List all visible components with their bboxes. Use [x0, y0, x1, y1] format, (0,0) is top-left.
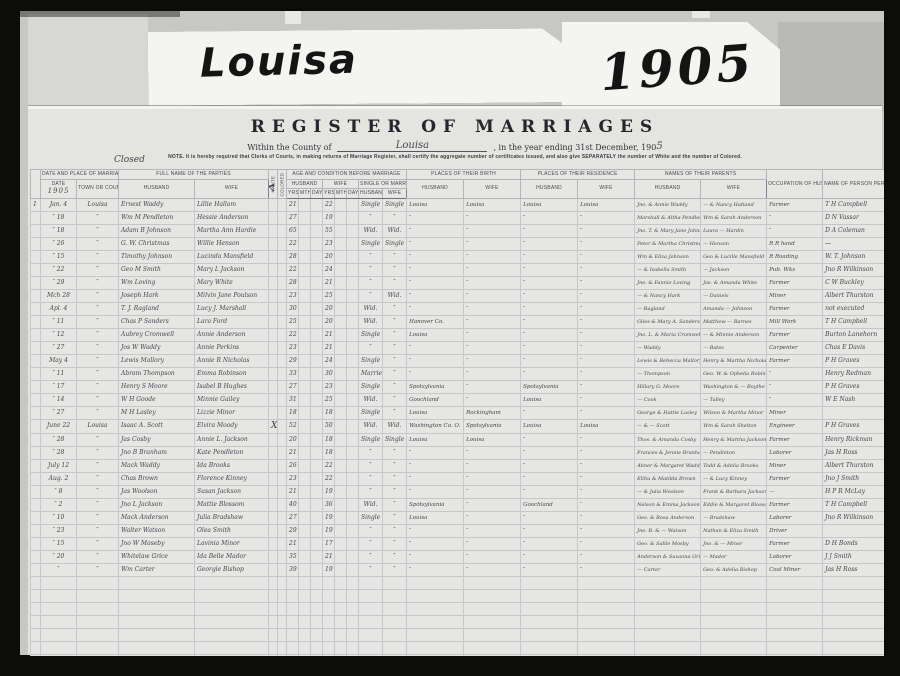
cell-rh: ″ [521, 276, 578, 289]
scan-smudge [20, 11, 180, 17]
cell-mw [269, 276, 278, 289]
table-row: May 4″Lewis MalloryAnnie R Nicholas2924S… [31, 354, 900, 367]
cell-date: ″ 29 [41, 276, 77, 289]
cell-occ: Mill Work [767, 315, 823, 328]
cell-husband: Abram Thompson [119, 367, 195, 380]
table-row: ″ 26″G. W. ChristmasWillie Henson2223Sin… [31, 237, 900, 250]
cell-rw: Louisa [578, 419, 635, 433]
cell-rh: ″ [521, 446, 578, 459]
cell-mw [269, 393, 278, 406]
cell-no [31, 224, 41, 237]
cell-hm [299, 602, 311, 615]
cell-town: ″ [77, 250, 119, 263]
table-row: ″ 8″Jas WoolsonSusan Jackson2119″″″″″″— … [31, 485, 900, 498]
cell-rw [578, 576, 635, 589]
cell-hc: Single [359, 433, 383, 446]
cell-mw [269, 641, 278, 654]
cell-hd [311, 224, 323, 237]
cell-wd [347, 354, 359, 367]
cell-mw [269, 341, 278, 354]
cell-wd [347, 224, 359, 237]
cell-bh: ″ [407, 563, 464, 576]
cell-wd [347, 589, 359, 602]
cell-bh: ″ [407, 446, 464, 459]
cell-hc: Wid. [359, 224, 383, 237]
cell-no [31, 328, 41, 341]
cell-wd [347, 576, 359, 589]
cell-wm [335, 289, 347, 302]
cell-rw: ″ [578, 472, 635, 485]
cell-wc: ″ [383, 354, 407, 367]
cell-wy: 17 [323, 537, 335, 550]
cell-wm [335, 315, 347, 328]
cell-rh: ″ [521, 406, 578, 419]
cell-husband: Chas P Sanders [119, 315, 195, 328]
cell-husband [119, 602, 195, 615]
cell-bh: ″ [407, 367, 464, 380]
cell-rw: ″ [578, 276, 635, 289]
cell-rw: ″ [578, 563, 635, 576]
cell-wd [347, 472, 359, 485]
cell-town: ″ [77, 446, 119, 459]
cell-hy [287, 641, 299, 654]
cell-hm [299, 341, 311, 354]
cell-date: ″ 22 [41, 263, 77, 276]
cell-wife: Lizzie Minor [195, 406, 269, 419]
cell-ph: — & Nancy Hark [635, 289, 701, 302]
cell-hy: 28 [287, 276, 299, 289]
cell-husband: Joseph Hark [119, 289, 195, 302]
cell-wd [347, 302, 359, 315]
cell-hm [299, 198, 311, 211]
corner-paper-shade [778, 22, 884, 112]
table-row: ″ 11″Abram ThompsonEmma Robinson3330Marr… [31, 367, 900, 380]
cell-hm [299, 406, 311, 419]
cell-wd [347, 537, 359, 550]
cell-hy: 28 [287, 250, 299, 263]
table-row: ″ 18″Wm M PendletonHessie Anderson2719″″… [31, 211, 900, 224]
subheader-w-mths: Mths [335, 189, 347, 199]
cell-hd [311, 250, 323, 263]
cell-husband: Timothy Johnson [119, 250, 195, 263]
cell-ph: Peter & Martha Christmas [635, 237, 701, 250]
cell-hc: ″ [359, 341, 383, 354]
cell-husband: Wm Loving [119, 276, 195, 289]
cell-mw [269, 406, 278, 419]
cell-wife: Mattie Blossom [195, 498, 269, 511]
cell-ph: Jno. L. & Maria Cromwell [635, 328, 701, 341]
cell-rw: ″ [578, 328, 635, 341]
cell-bw: ″ [464, 498, 521, 511]
cell-pw: Geo. & Adelia Bishop [701, 563, 767, 576]
cell-mw [269, 433, 278, 446]
cell-mc [278, 237, 287, 250]
cell-mw [269, 380, 278, 393]
cell-wd [347, 328, 359, 341]
cell-ph [635, 615, 701, 628]
cell-occ: — [767, 485, 823, 498]
cell-hy: 21 [287, 198, 299, 211]
cell-rh: ″ [521, 472, 578, 485]
cell-town: ″ [77, 485, 119, 498]
cell-bw: ″ [464, 302, 521, 315]
cell-mw [269, 224, 278, 237]
cell-date [41, 576, 77, 589]
cell-hy: 39 [287, 563, 299, 576]
cell-pw: Washington & — Boythe [701, 380, 767, 393]
table-row: ″ 29″Wm LovingMary White2821″″″″″″Jno. &… [31, 276, 900, 289]
cell-occ: R R hand [767, 237, 823, 250]
cell-bh: ″ [407, 237, 464, 250]
cell-husband: Jas Cosby [119, 433, 195, 446]
cell-date: ″ 28 [41, 446, 77, 459]
cell-rh: ″ [521, 537, 578, 550]
cell-husband [119, 589, 195, 602]
subheader-husband-age: Husband [287, 179, 323, 189]
cell-hd [311, 341, 323, 354]
cell-hm [299, 576, 311, 589]
cell-bh: Louisa [407, 406, 464, 419]
cell-date: ″ 27 [41, 341, 77, 354]
cell-occ: Driver [767, 524, 823, 537]
cell-mc [278, 393, 287, 406]
cell-bh: ″ [407, 524, 464, 537]
cell-wy: 19 [323, 511, 335, 524]
cell-ph: — & Isabella Smith [635, 263, 701, 276]
cell-bh: Goochland [407, 393, 464, 406]
cell-wm [335, 628, 347, 641]
cell-no [31, 276, 41, 289]
cell-wc: ″ [383, 446, 407, 459]
cell-hy: 25 [287, 315, 299, 328]
cell-hd [311, 406, 323, 419]
cell-occ: Miner [767, 406, 823, 419]
cell-town: ″ [77, 550, 119, 563]
cell-mc [278, 302, 287, 315]
cell-wm [335, 589, 347, 602]
cell-bh: ″ [407, 354, 464, 367]
cell-wd [347, 406, 359, 419]
cell-mc [278, 563, 287, 576]
cell-bw: ″ [464, 446, 521, 459]
cell-no [31, 263, 41, 276]
cell-ph: — Cook [635, 393, 701, 406]
cell-hd [311, 524, 323, 537]
cell-mw [269, 602, 278, 615]
cell-wy: 19 [323, 211, 335, 224]
cell-ph: Thos. & Amanda Cosby [635, 433, 701, 446]
group-parents: Names of Their Parents [635, 170, 767, 180]
cell-wc: ″ [383, 511, 407, 524]
cell-occ: R Roading [767, 250, 823, 263]
cell-mc [278, 380, 287, 393]
cell-ph: Geo. & Sallie Mosby [635, 537, 701, 550]
register-sheet: REGISTER OF MARRIAGES Within the County … [28, 106, 882, 655]
cell-wy: 23 [323, 237, 335, 250]
cell-husband: W H Goode [119, 393, 195, 406]
cell-wc: ″ [383, 393, 407, 406]
cell-no [31, 341, 41, 354]
cell-husband: Ernest Waddy [119, 198, 195, 211]
cell-bh: ″ [407, 550, 464, 563]
cell-mw [269, 315, 278, 328]
cell-rw: ″ [578, 250, 635, 263]
cell-rw: ″ [578, 315, 635, 328]
cell-wc: Single [383, 198, 407, 211]
cell-ph: Frances & Jennie Branham [635, 446, 701, 459]
cell-hd [311, 459, 323, 472]
cell-wd [347, 263, 359, 276]
cell-rw: ″ [578, 224, 635, 237]
cell-ph: — Carter [635, 563, 701, 576]
cell-wy: 21 [323, 276, 335, 289]
cell-wy: 20 [323, 250, 335, 263]
cell-pw: Matthew — Barnes [701, 315, 767, 328]
cell-wife: Milvin Jane Poulson [195, 289, 269, 302]
cell-wife: Annie Perkins [195, 341, 269, 354]
scan-border-bottom [0, 656, 900, 676]
cell-mc [278, 328, 287, 341]
cell-date: ″ 12 [41, 328, 77, 341]
cell-hm [299, 419, 311, 433]
cell-wc: ″ [383, 276, 407, 289]
cell-mc [278, 589, 287, 602]
cell-hy [287, 615, 299, 628]
cell-hy: 27 [287, 511, 299, 524]
cell-pw: Geo & Lucille Mansfield [701, 250, 767, 263]
cell-bh: Louisa [407, 198, 464, 211]
cell-wy: 19 [323, 524, 335, 537]
cell-husband: Wm M Pendleton [119, 211, 195, 224]
cell-pw [701, 628, 767, 641]
cell-hm [299, 628, 311, 641]
header-x-mark: X [269, 181, 278, 193]
cell-hy: 22 [287, 263, 299, 276]
cell-ph: Jno. B. & — Watson [635, 524, 701, 537]
cell-hy: 35 [287, 550, 299, 563]
cell-wy: 30 [323, 367, 335, 380]
cell-occ: ″ [767, 211, 823, 224]
cell-no [31, 511, 41, 524]
cell-wm [335, 354, 347, 367]
cell-rw: ″ [578, 237, 635, 250]
cell-occ: Laborer [767, 550, 823, 563]
cell-bw: Louisa [464, 198, 521, 211]
cell-hy: 21 [287, 537, 299, 550]
table-row: ″ 20″Whitelaw GriceIda Belle Mador3521″″… [31, 550, 900, 563]
page-title: REGISTER OF MARRIAGES [28, 117, 882, 137]
cell-hm [299, 250, 311, 263]
cell-hd [311, 498, 323, 511]
cell-occ: Coal Miner [767, 563, 823, 576]
cell-rw: ″ [578, 289, 635, 302]
cell-wy [323, 615, 335, 628]
cell-rh [521, 576, 578, 589]
cell-hd [311, 641, 323, 654]
cell-bw: ″ [464, 563, 521, 576]
year-in-date-column: 1905 [42, 187, 75, 196]
cell-pw: Jas. & Amanda White [701, 276, 767, 289]
cell-wc: ″ [383, 485, 407, 498]
cell-wc: ″ [383, 341, 407, 354]
cell-bh: ″ [407, 302, 464, 315]
cell-hm [299, 237, 311, 250]
cell-hd [311, 446, 323, 459]
cell-bw: ″ [464, 224, 521, 237]
cell-husband: Mack Waddy [119, 459, 195, 472]
cell-town: ″ [77, 459, 119, 472]
cell-bw: ″ [464, 263, 521, 276]
cell-date: ″ 15 [41, 250, 77, 263]
cell-rh: ″ [521, 224, 578, 237]
cell-mc [278, 289, 287, 302]
cell-no [31, 498, 41, 511]
cell-wd [347, 198, 359, 211]
cell-mw [269, 615, 278, 628]
cell-hy: 29 [287, 524, 299, 537]
cell-pw [701, 589, 767, 602]
cell-rh: ″ [521, 250, 578, 263]
cell-hd [311, 537, 323, 550]
cell-hc [359, 576, 383, 589]
cell-rw: ″ [578, 485, 635, 498]
cell-wc: ″ [383, 459, 407, 472]
cell-date: ″ 15 [41, 537, 77, 550]
cell-rw [578, 589, 635, 602]
cell-bw: ″ [464, 289, 521, 302]
scan-border-right [884, 0, 900, 676]
cell-mc [278, 602, 287, 615]
cell-town: ″ [77, 511, 119, 524]
year-digit-handwritten: 5 [656, 141, 662, 152]
cell-wy: 23 [323, 380, 335, 393]
cell-hc: Married [359, 367, 383, 380]
cell-mw [269, 498, 278, 511]
cell-wy: 50 [323, 419, 335, 433]
cell-bh: Spotsylvania [407, 498, 464, 511]
cell-mw: X [269, 419, 278, 433]
register-rows: 1Jan. 4LouisaErnest WaddyLillie Hallam21… [31, 198, 900, 676]
cell-hm [299, 380, 311, 393]
subtitle-line: Within the County of Louisa , in the yea… [28, 140, 882, 152]
table-row: June 22LouisaIsaac A. ScottElvira MoodyX… [31, 419, 900, 433]
cell-wd [347, 641, 359, 654]
table-row: ″ 15″Jno W MosebyLavinia Minor2117″″″″″″… [31, 537, 900, 550]
cell-town: ″ [77, 498, 119, 511]
cell-wm [335, 380, 347, 393]
cell-mc [278, 250, 287, 263]
cell-occ: Farmer [767, 354, 823, 367]
note-line: NOTE. It is hereby required that Clerks … [28, 154, 882, 160]
cell-hd [311, 602, 323, 615]
cell-wife: Julia Bradshaw [195, 511, 269, 524]
cell-rh: ″ [521, 263, 578, 276]
subheader-sm-wife: Wife [383, 189, 407, 199]
cell-no [31, 433, 41, 446]
cell-bh [407, 576, 464, 589]
cell-wife: Mary L Jackson [195, 263, 269, 276]
cell-hd [311, 315, 323, 328]
cell-wd [347, 459, 359, 472]
cell-wy: 21 [323, 341, 335, 354]
cell-bw [464, 602, 521, 615]
cell-bw: ″ [464, 511, 521, 524]
cell-rw: ″ [578, 393, 635, 406]
cell-pw: Henry & Martha Jackson [701, 433, 767, 446]
cell-wife: Emma Robinson [195, 367, 269, 380]
cell-hy: 21 [287, 446, 299, 459]
cell-pw [701, 576, 767, 589]
cell-hy [287, 589, 299, 602]
table-row: ″ 27″M H LasleyLizzie Minor1818Single″Lo… [31, 406, 900, 419]
cell-wc: Single [383, 433, 407, 446]
subheader-h-yrs: Yrs [287, 189, 299, 199]
cell-rh: ″ [521, 302, 578, 315]
cell-hd [311, 615, 323, 628]
cell-wm [335, 263, 347, 276]
cell-bw: ″ [464, 537, 521, 550]
cell-ph: — Ragland [635, 302, 701, 315]
cell-bw [464, 641, 521, 654]
county-label-handwriting: Louisa [199, 37, 358, 87]
cell-wd [347, 550, 359, 563]
cell-husband: Chas Brown [119, 472, 195, 485]
cell-hd [311, 237, 323, 250]
cell-wm [335, 302, 347, 315]
cell-rh: ″ [521, 315, 578, 328]
cell-wm [335, 537, 347, 550]
cell-hc: Single [359, 380, 383, 393]
scanned-register-page: Louisa 1905 REGISTER OF MARRIAGES Within… [0, 0, 900, 676]
cell-wy: 20 [323, 302, 335, 315]
cell-rh [521, 602, 578, 615]
cell-bh: ″ [407, 459, 464, 472]
cell-wy: 22 [323, 459, 335, 472]
cell-occ: Farmer [767, 537, 823, 550]
cell-hy: 20 [287, 433, 299, 446]
cell-occ: Farmer [767, 302, 823, 315]
cell-hd [311, 563, 323, 576]
date-label: Date [52, 181, 66, 187]
cell-ph [635, 641, 701, 654]
cell-rw: ″ [578, 459, 635, 472]
cell-hm [299, 289, 311, 302]
cell-hy: 23 [287, 289, 299, 302]
subheader-par-husband: Husband [635, 179, 701, 198]
cell-mw [269, 537, 278, 550]
table-row [31, 589, 900, 602]
cell-husband: Jos W Waddy [119, 341, 195, 354]
cell-hm [299, 472, 311, 485]
cell-ph: Marshall & Altha Pendleton [635, 211, 701, 224]
cell-no [31, 315, 41, 328]
cell-pw: Wm & Sarah Anderson [701, 211, 767, 224]
cell-wy: 25 [323, 289, 335, 302]
cell-hc: ″ [359, 250, 383, 263]
cell-hm [299, 459, 311, 472]
table-row: ″ 10″Mack AndersonJulia Bradshaw2719Sing… [31, 511, 900, 524]
cell-town: ″ [77, 211, 119, 224]
cell-hy: 23 [287, 472, 299, 485]
cell-no [31, 563, 41, 576]
cell-rh: ″ [521, 485, 578, 498]
cell-husband: Lewis Mallory [119, 354, 195, 367]
cell-wd [347, 511, 359, 524]
cell-wd [347, 276, 359, 289]
cell-husband: Jno L Jackson [119, 498, 195, 511]
cell-wm [335, 328, 347, 341]
cell-wd [347, 237, 359, 250]
